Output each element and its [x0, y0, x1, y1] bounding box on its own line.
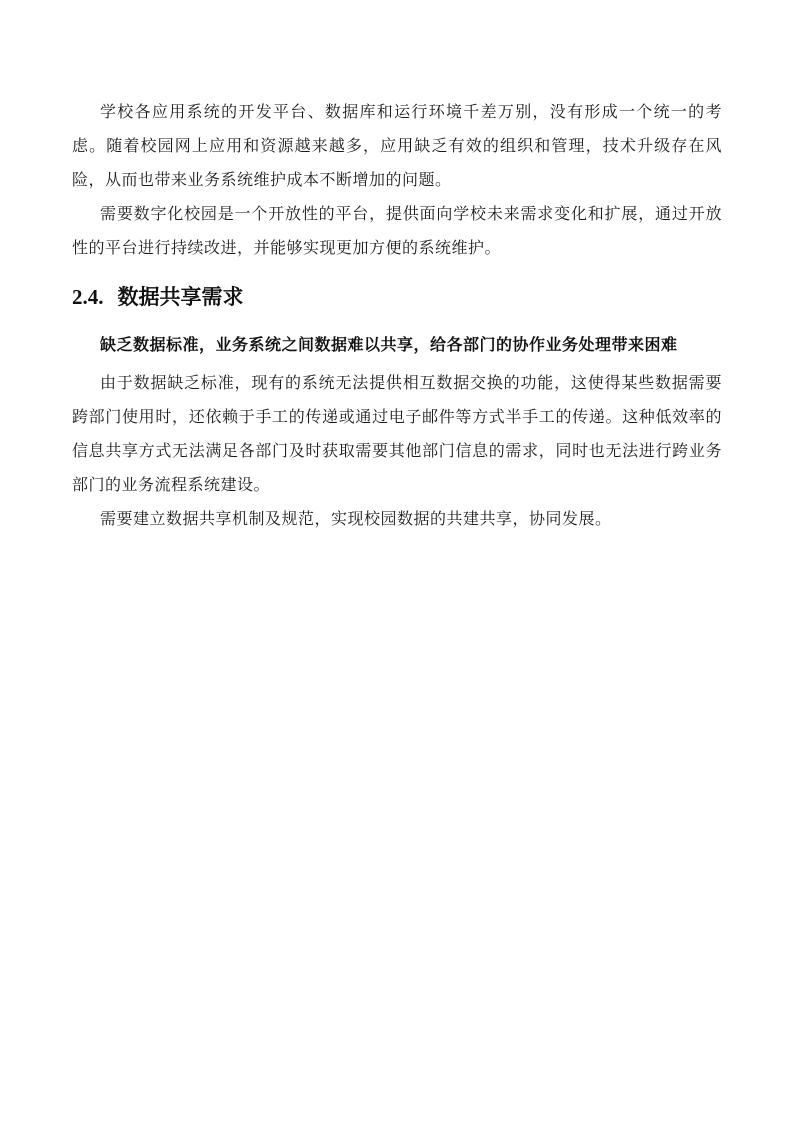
section-heading-title: 数据共享需求 — [118, 285, 244, 309]
section-heading-number: 2.4. — [72, 282, 104, 312]
intro-paragraph-1: 学校各应用系统的开发平台、数据库和运行环境千差万别，没有形成一个统一的考虑。随着… — [72, 96, 722, 198]
section-heading: 2.4.数据共享需求 — [72, 282, 722, 312]
document-page: 学校各应用系统的开发平台、数据库和运行环境千差万别，没有形成一个统一的考虑。随着… — [0, 0, 793, 1122]
section-paragraph-1: 由于数据缺乏标准，现有的系统无法提供相互数据交换的功能，这使得某些数据需要跨部门… — [72, 367, 722, 503]
section-lead-paragraph: 缺乏数据标准，业务系统之间数据难以共享，给各部门的协作业务处理带来困难 — [72, 329, 722, 363]
intro-paragraph-2: 需要数字化校园是一个开放性的平台，提供面向学校未来需求变化和扩展，通过开放性的平… — [72, 198, 722, 266]
section-paragraph-2: 需要建立数据共享机制及规范，实现校园数据的共建共享，协同发展。 — [72, 503, 722, 537]
